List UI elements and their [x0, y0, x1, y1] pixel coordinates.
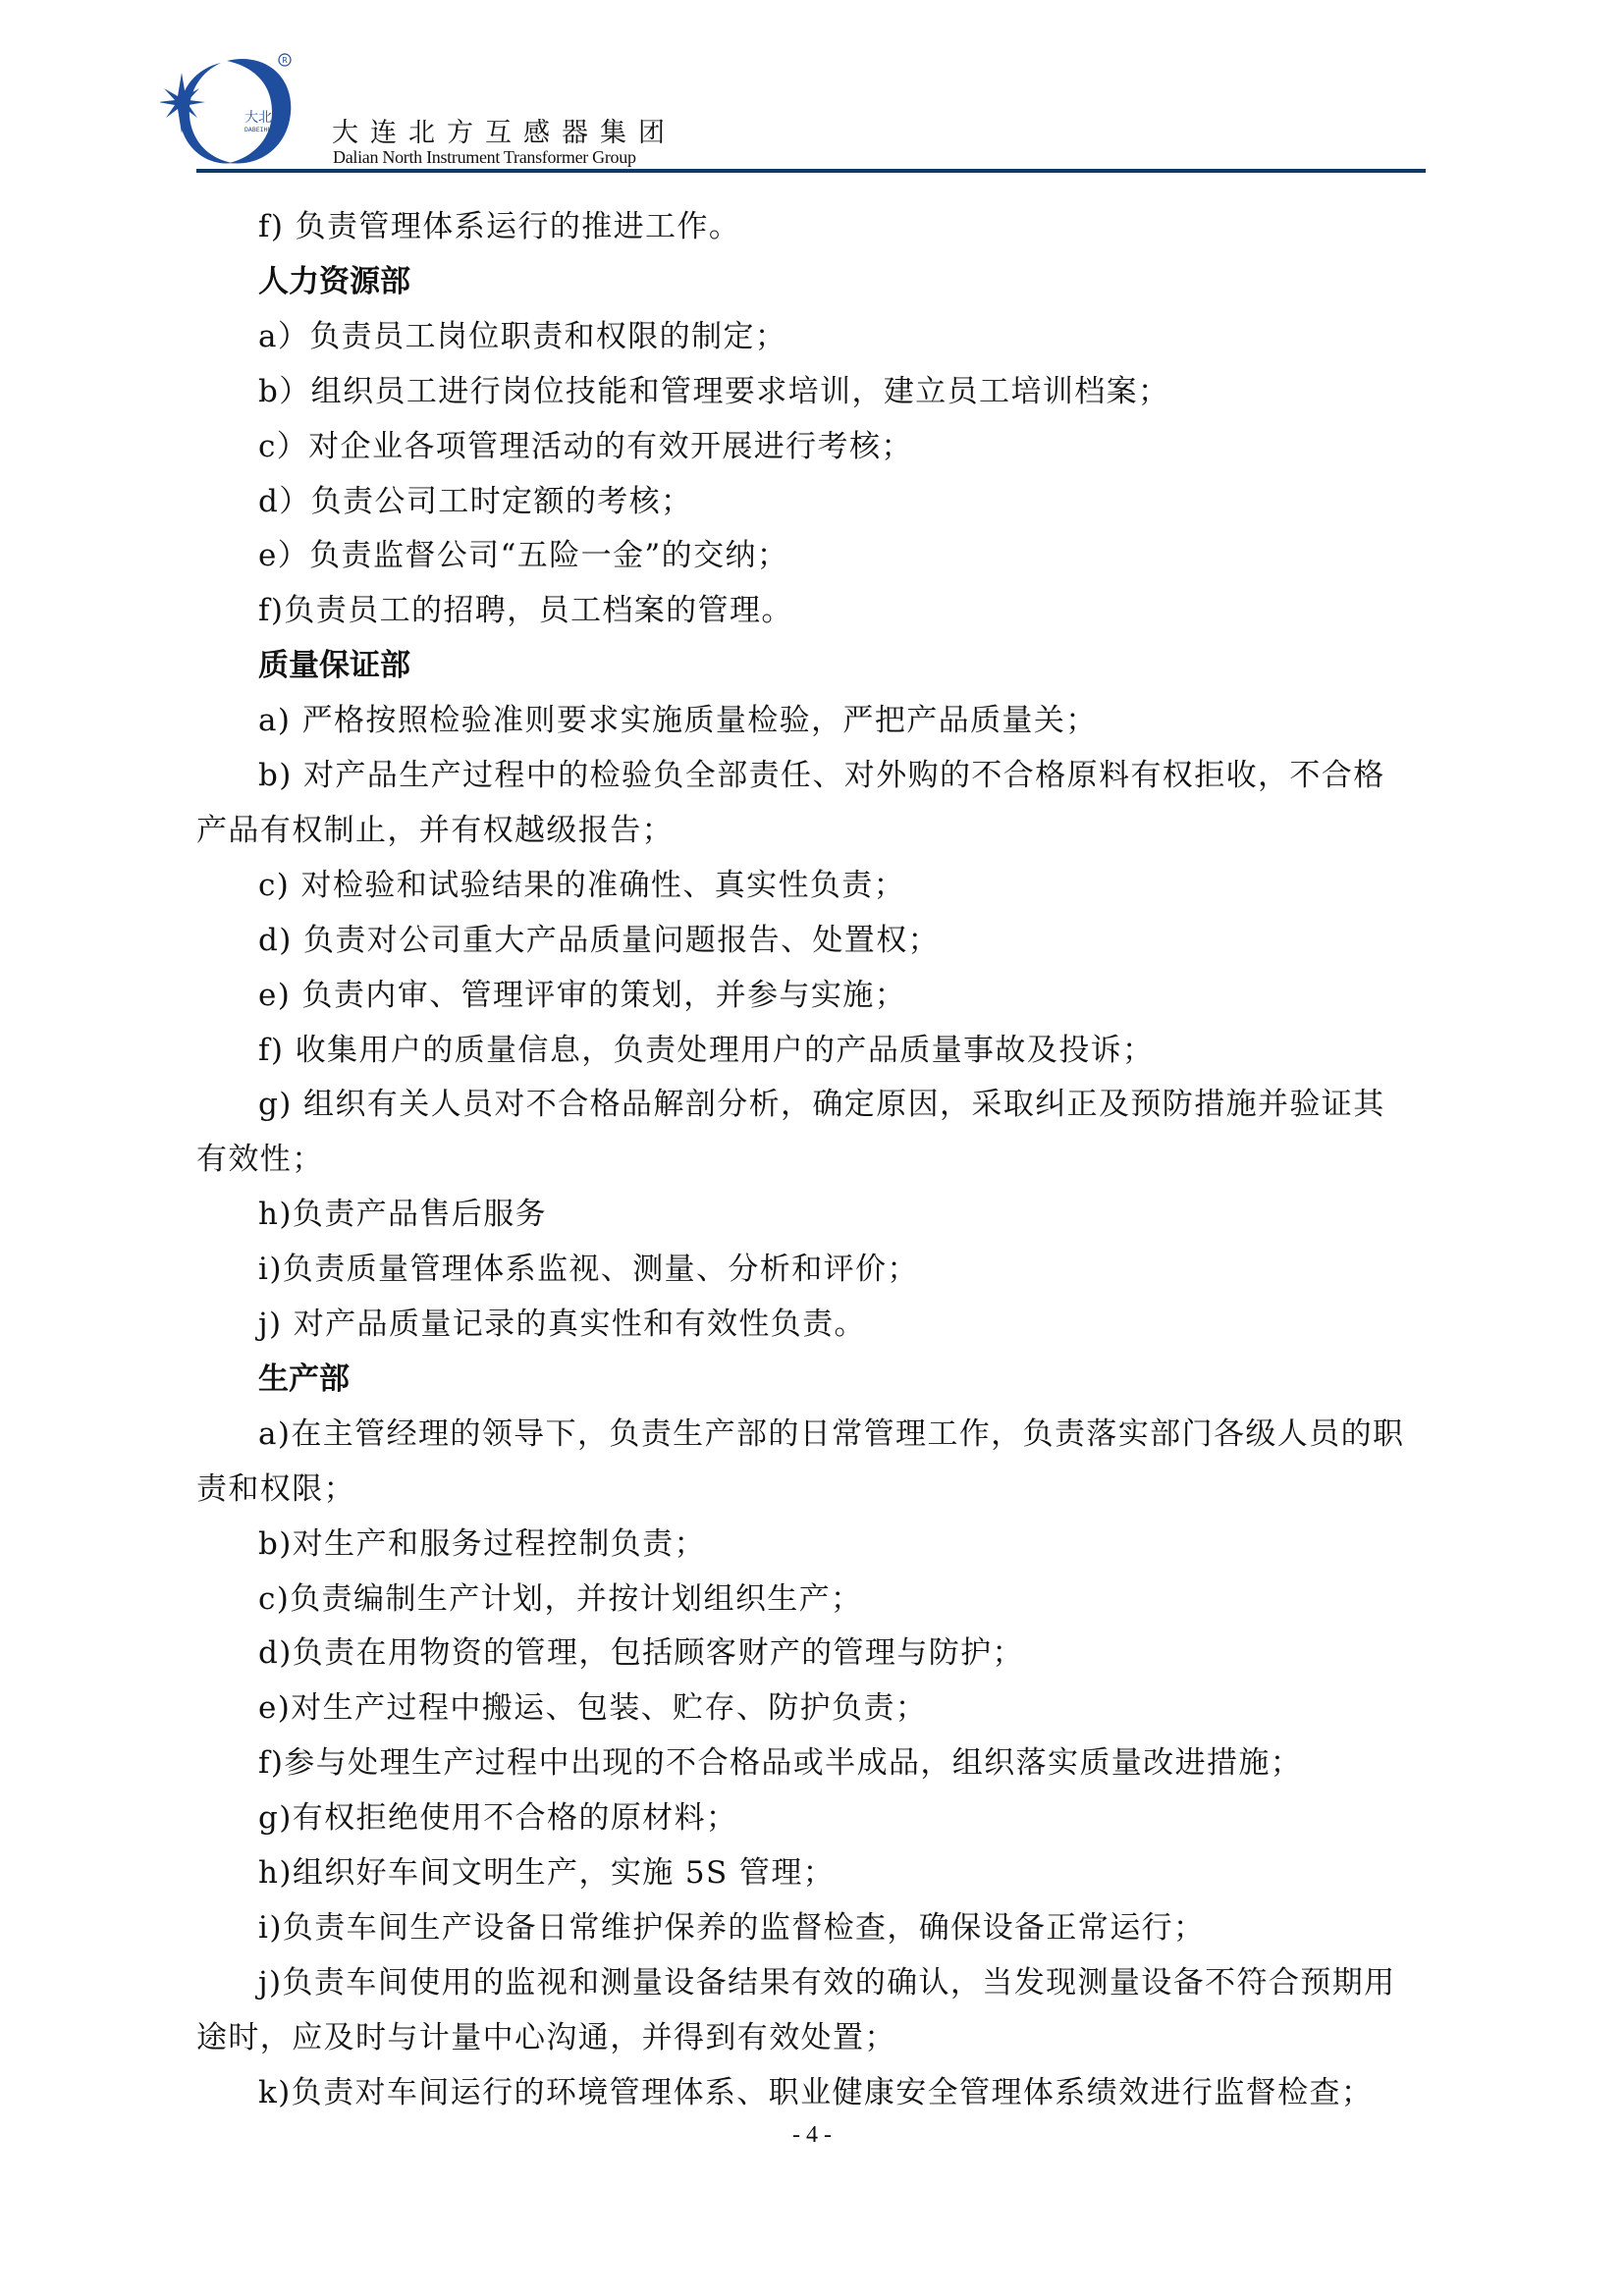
svg-text:大北互: 大北互: [244, 109, 286, 126]
list-item: k)负责对车间运行的环境管理体系、职业健康安全管理体系绩效进行监督检查；: [258, 2065, 1373, 2120]
list-item: c)负责编制生产计划，并按计划组织生产；: [258, 1572, 862, 1627]
svg-text:R: R: [282, 56, 288, 65]
header-divider: [196, 169, 1426, 173]
list-item: c）对企业各项管理活动的有效开展进行考核；: [258, 419, 913, 474]
page-header: R 大北互 DABEIHU 大连北方互感器集团 Dalian North Ins…: [0, 0, 1624, 187]
paragraph-continuation: 产品有权制止，并有权越级报告；: [196, 803, 674, 858]
company-name-cn: 大连北方互感器集团: [332, 111, 677, 149]
company-name-en: Dalian North Instrument Transformer Grou…: [333, 147, 636, 168]
list-item: b)对生产和服务过程控制负责；: [258, 1517, 706, 1572]
list-item: d) 负责对公司重大产品质量问题报告、处置权；: [258, 913, 940, 968]
list-item: g)有权拒绝使用不合格的原材料；: [258, 1790, 737, 1845]
paragraph-continuation: 有效性；: [196, 1132, 324, 1187]
list-item: h)负责产品售后服务: [258, 1187, 547, 1242]
paragraph-continuation: 途时，应及时与计量中心沟通，并得到有效处置；: [196, 2010, 896, 2065]
page-number: - 4 -: [0, 2122, 1624, 2149]
paragraph-continuation: 责和权限；: [196, 1462, 355, 1517]
list-item: a)在主管经理的领导下，负责生产部的日常管理工作，负责落实部门各级人员的职: [258, 1407, 1404, 1462]
list-item: e) 负责内审、管理评审的策划，并参与实施；: [258, 968, 906, 1023]
svg-text:DABEIHU: DABEIHU: [244, 126, 271, 133]
list-item: i)负责质量管理体系监视、测量、分析和评价；: [258, 1242, 919, 1297]
list-item: f) 负责管理体系运行的推进工作。: [258, 199, 740, 254]
list-item: b) 对产品生产过程中的检验负全部责任、对外购的不合格原料有权拒收，不合格: [258, 748, 1385, 803]
list-item: e)对生产过程中搬运、包装、贮存、防护负责；: [258, 1681, 927, 1735]
list-item: f) 收集用户的质量信息，负责处理用户的产品质量事故及投诉；: [258, 1023, 1154, 1078]
list-item: g) 组织有关人员对不合格品解剖分析，确定原因，采取纠正及预防措施并验证其: [258, 1077, 1385, 1132]
list-item: f)负责员工的招聘，员工档案的管理。: [258, 583, 793, 638]
list-item: d)负责在用物资的管理，包括顾客财产的管理与防护；: [258, 1626, 1024, 1681]
list-item: c) 对检验和试验结果的准确性、真实性负责；: [258, 858, 905, 913]
section-heading: 质量保证部: [258, 638, 410, 693]
list-item: d）负责公司工时定额的考核；: [258, 474, 692, 529]
company-logo-icon: R 大北互 DABEIHU: [160, 51, 302, 169]
list-item: h)组织好车间文明生产，实施 5S 管理；: [258, 1845, 835, 1900]
list-item: a）负责员工岗位职责和权限的制定；: [258, 309, 786, 364]
section-heading: 生产部: [258, 1352, 350, 1407]
list-item: j) 对产品质量记录的真实性和有效性负责。: [258, 1297, 866, 1352]
list-item: b）组织员工进行岗位技能和管理要求培训，建立员工培训档案；: [258, 364, 1169, 419]
list-item: f)参与处理生产过程中出现的不合格品或半成品，组织落实质量改进措施；: [258, 1735, 1302, 1790]
section-heading: 人力资源部: [258, 254, 410, 309]
list-item: e）负责监督公司“五险一金”的交纳；: [258, 528, 788, 583]
list-item: i)负责车间生产设备日常维护保养的监督检查，确保设备正常运行；: [258, 1900, 1205, 1955]
list-item: j)负责车间使用的监视和测量设备结果有效的确认，当发现测量设备不符合预期用: [258, 1955, 1396, 2010]
list-item: a) 严格按照检验准则要求实施质量检验，严把产品质量关；: [258, 693, 1098, 748]
